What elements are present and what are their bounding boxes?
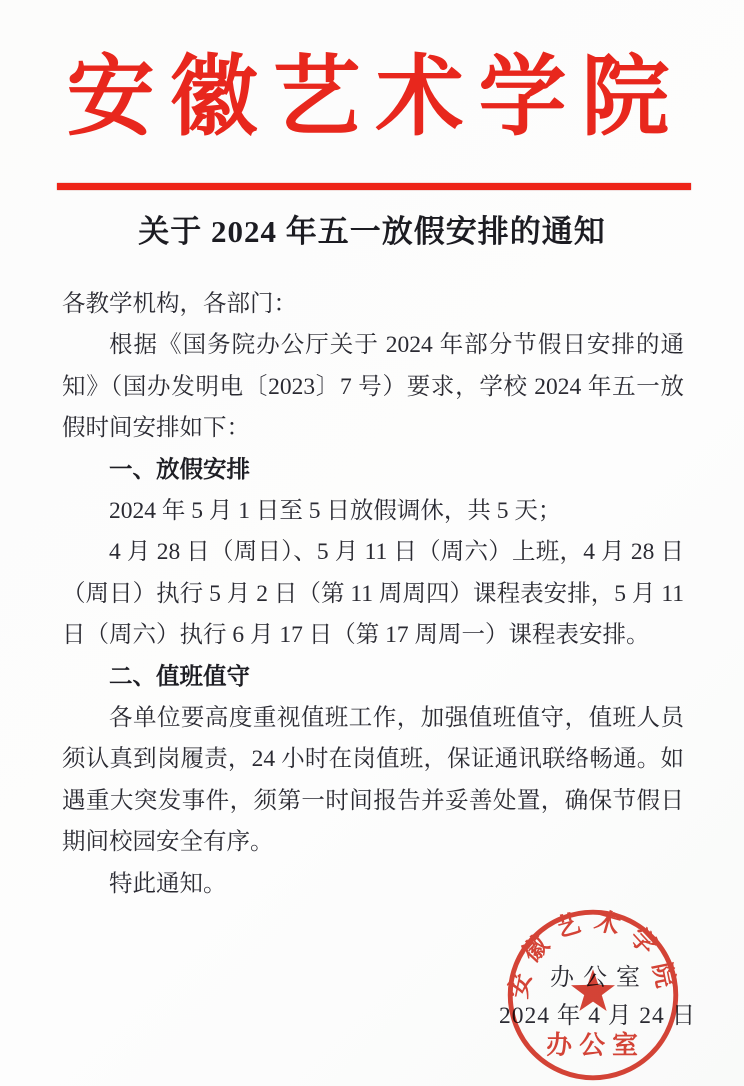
salutation: 各教学机构，各部门：: [62, 284, 684, 325]
seal-bottom-text: 办公室: [546, 1031, 645, 1060]
section-heading-holiday-arrangement: 一、放假安排: [62, 450, 684, 491]
notice-title: 关于 2024 年五一放假安排的通知: [0, 206, 744, 251]
notice-body: 各教学机构，各部门： 根据《国务院办公厅关于 2024 年部分节假日安排的通知》…: [62, 284, 684, 905]
signature-date: 2024 年 4 月 24 日: [499, 996, 696, 1030]
letterhead-school-name: 安徽艺术学院: [0, 48, 744, 149]
paragraph-holiday-dates: 2024 年 5 月 1 日至 5 日放假调休，共 5 天；: [62, 491, 684, 532]
paragraph-closing: 特此通知。: [62, 864, 684, 905]
signature-department: 办公室: [550, 957, 649, 992]
paragraph-makeup-workdays: 4 月 28 日（周日）、5 月 11 日（周六）上班，4 月 28 日（周日）…: [62, 532, 684, 656]
red-separator-line: [57, 183, 691, 190]
document-page: 安徽艺术学院 关于 2024 年五一放假安排的通知 各教学机构，各部门： 根据《…: [0, 0, 744, 1086]
section-heading-duty: 二、值班值守: [62, 657, 684, 698]
official-seal-graphic: 安徽艺术学院 办公室: [504, 906, 682, 1084]
paragraph-duty-requirements: 各单位要高度重视值班工作，加强值班值守，值班人员须认真到岗履责，24 小时在岗值…: [62, 698, 684, 864]
official-seal: 安徽艺术学院 办公室: [504, 906, 682, 1084]
paragraph-basis: 根据《国务院办公厅关于 2024 年部分节假日安排的通知》（国办发明电〔2023…: [62, 325, 684, 449]
